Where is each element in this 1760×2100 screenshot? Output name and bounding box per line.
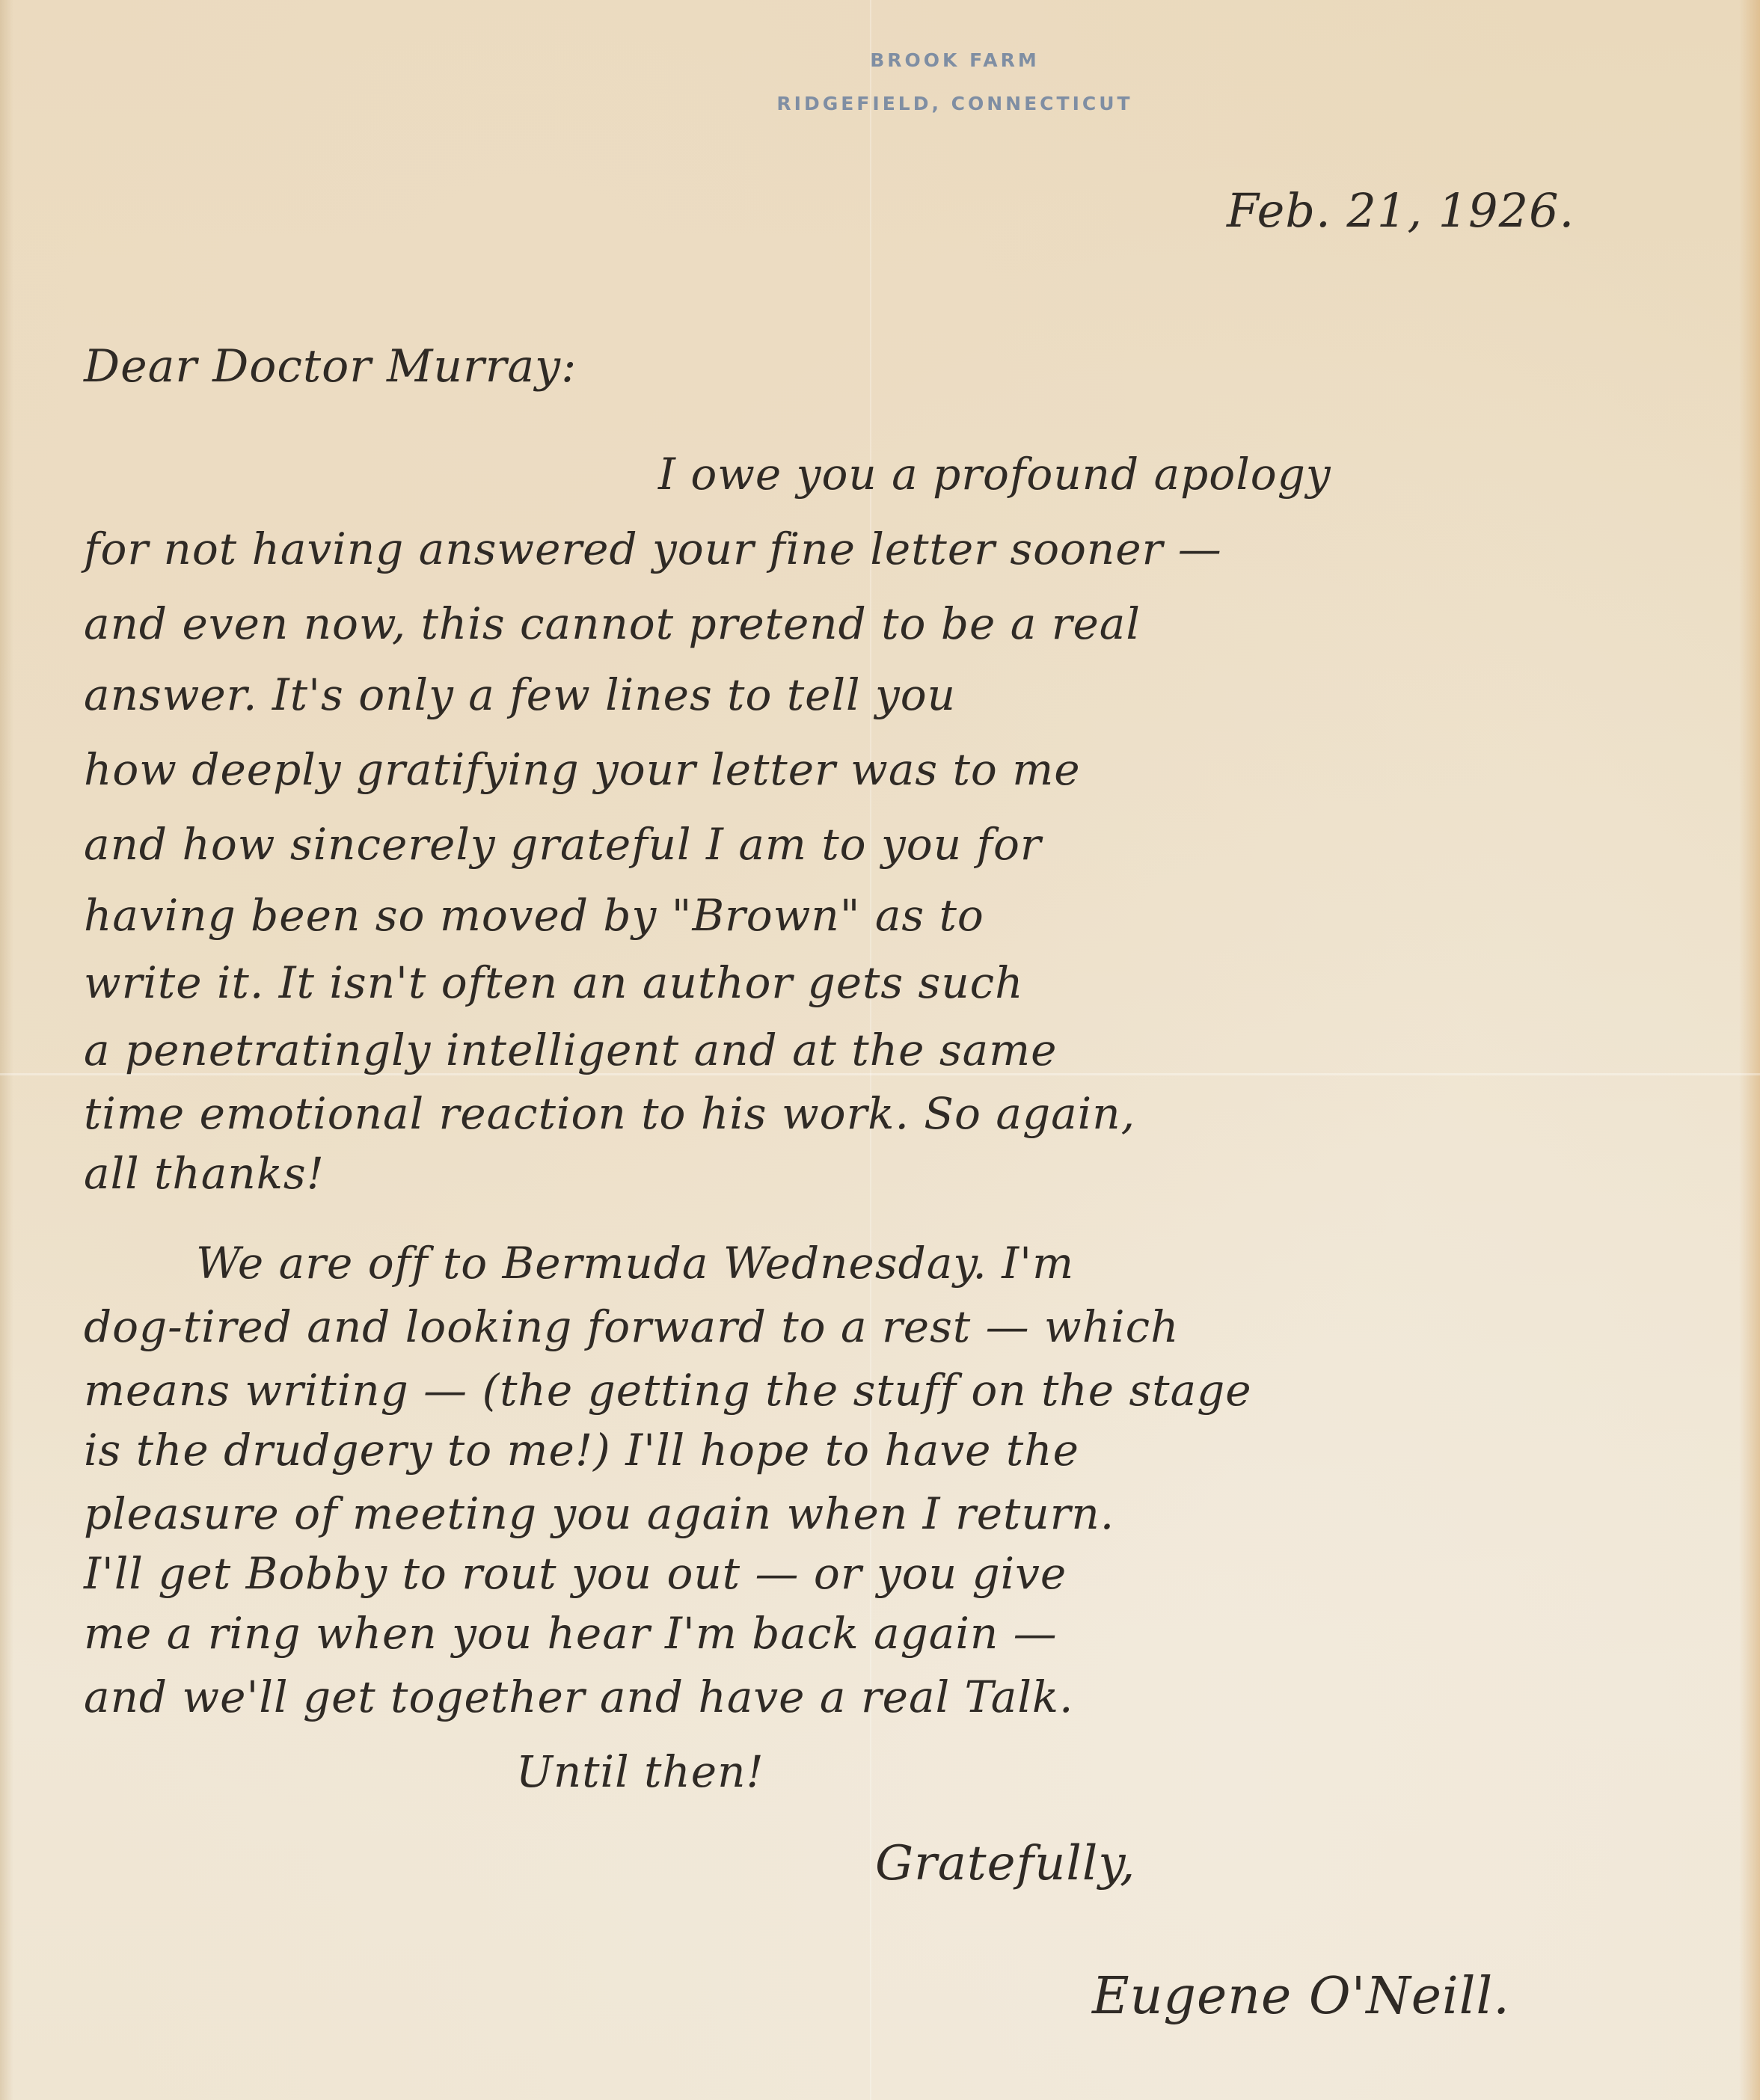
paragraph-2-line: We are off to Bermuda Wednesday. I'm <box>196 1238 1074 1289</box>
paragraph-1-line: a penetratingly intelligent and at the s… <box>84 1025 1058 1075</box>
paper-right-edge <box>1739 0 1760 2100</box>
paragraph-1-line: answer. It's only a few lines to tell yo… <box>84 669 956 720</box>
letterhead-name: BROOK FARM <box>75 49 1760 71</box>
paragraph-1-line: I owe you a profound apology <box>658 449 1331 500</box>
paragraph-2-line: means writing — (the getting the stuff o… <box>84 1365 1252 1416</box>
paragraph-1-line: having been so moved by "Brown" as to <box>84 890 984 941</box>
paragraph-2-line: pleasure of meeting you again when I ret… <box>84 1488 1114 1539</box>
closing-line: Until then! <box>516 1746 764 1797</box>
paragraph-2-line: me a ring when you hear I'm back again — <box>84 1608 1058 1659</box>
letter-date: Feb. 21, 1926. <box>1227 183 1575 238</box>
paragraph-2-line: is the drudgery to me!) I'll hope to hav… <box>84 1425 1079 1476</box>
paragraph-1-line: how deeply gratifying your letter was to… <box>84 744 1081 795</box>
paragraph-2-line: and we'll get together and have a real T… <box>84 1671 1073 1722</box>
paragraph-1-line: all thanks! <box>84 1148 325 1199</box>
paragraph-1-line: time emotional reaction to his work. So … <box>84 1088 1135 1139</box>
paragraph-1-line: for not having answered your fine letter… <box>84 524 1222 574</box>
paragraph-2-line: dog-tired and looking forward to a rest … <box>84 1301 1179 1352</box>
letterhead-place: RIDGEFIELD, CONNECTICUT <box>75 93 1760 114</box>
paper-left-edge <box>0 0 13 2100</box>
signoff: Gratefully, <box>875 1836 1135 1891</box>
signature: Eugene O'Neill. <box>1092 1967 1510 2026</box>
letter-page: BROOK FARM RIDGEFIELD, CONNECTICUT Feb. … <box>0 0 1760 2100</box>
paragraph-2-line: I'll get Bobby to rout you out — or you … <box>84 1548 1067 1599</box>
salutation: Dear Doctor Murray: <box>84 340 577 393</box>
paragraph-1-line: write it. It isn't often an author gets … <box>84 957 1024 1008</box>
paragraph-1-line: and how sincerely grateful I am to you f… <box>84 819 1042 870</box>
paragraph-1-line: and even now, this cannot pretend to be … <box>84 598 1141 649</box>
